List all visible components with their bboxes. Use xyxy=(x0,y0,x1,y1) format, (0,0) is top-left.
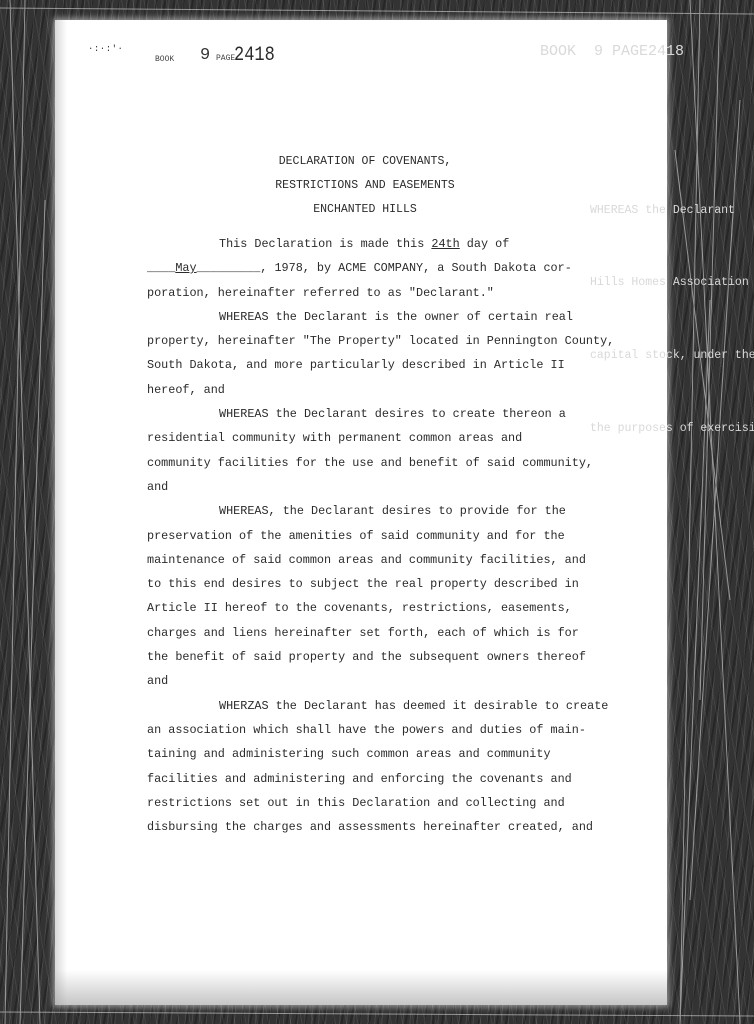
paragraph-whereas-4: WHERZAS the Declarant has deemed it desi… xyxy=(147,694,627,840)
date-clause-line-2: ____May_________, 1978, by ACME COMPANY,… xyxy=(147,256,627,280)
title-line-2: RESTRICTIONS AND EASEMENTS xyxy=(150,174,580,198)
page-number: 2418 xyxy=(234,44,275,67)
date-clause-line-1: This Declaration is made this 24th day o… xyxy=(147,232,627,256)
paragraph-whereas-1: WHEREAS the Declarant is the owner of ce… xyxy=(147,305,627,402)
page-edge-shadow xyxy=(55,20,67,1005)
document-title: DECLARATION OF COVENANTS, RESTRICTIONS A… xyxy=(150,150,580,222)
bleed-through-header: BOOK 9 PAGE2418 xyxy=(540,40,684,64)
page-label: PAGE xyxy=(216,54,235,63)
page-bottom-shadow xyxy=(55,970,667,1005)
day-field: 24th xyxy=(431,237,459,251)
paragraph-whereas-2: WHEREAS the Declarant desires to create … xyxy=(147,402,627,499)
stamp-marks: ·:·:'· xyxy=(88,44,123,54)
paragraph-whereas-3: WHEREAS, the Declarant desires to provid… xyxy=(147,499,627,693)
title-line-1: DECLARATION OF COVENANTS, xyxy=(150,150,580,174)
title-line-3: ENCHANTED HILLS xyxy=(150,198,580,222)
book-label: BOOK xyxy=(155,55,174,64)
book-number: 9 xyxy=(200,46,210,65)
date-clause-line-3: poration, hereinafter referred to as "De… xyxy=(147,281,627,305)
document-body: This Declaration is made this 24th day o… xyxy=(147,232,627,839)
month-field: May xyxy=(175,261,196,275)
